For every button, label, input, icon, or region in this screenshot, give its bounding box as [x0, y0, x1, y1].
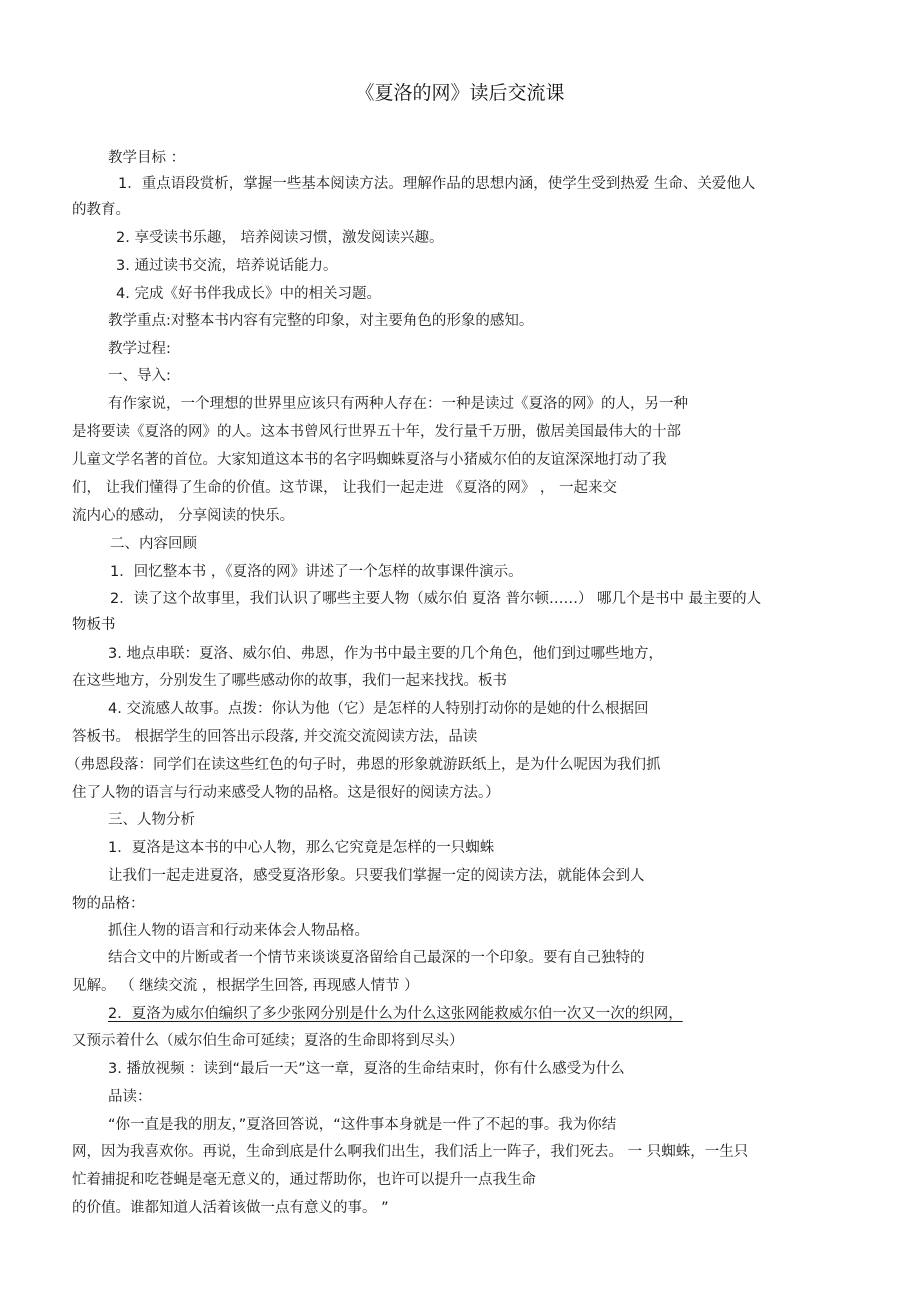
paragraph-line: 3. 通过读书交流，培养说话能力。	[116, 256, 337, 276]
paragraph-line: 品读：	[108, 1087, 152, 1107]
quote-line: 网，因为我喜欢你。再说，生命到底是什么啊我们出生，我们活上一阵子，我们死去。 一…	[72, 1142, 748, 1162]
paragraph-line: 4. 完成《好书伴我成长》中的相关习题。	[116, 284, 381, 304]
paragraph-line: 们， 让我们懂得了生命的价值。这节课， 让我们一起走进 《夏洛的网》 ， 一起来…	[72, 478, 617, 498]
paragraph-line: 见解。 （ 继续交流 ，根据学生回答, 再现感人情节 ）	[72, 976, 419, 996]
key-points-line: 教学重点:对整本书内容有完整的印象，对主要角色的形象的感知。	[108, 311, 533, 331]
quote-line: 忙着捕捉和吃苍蝇是毫无意义的，通过帮助你，也许可以提升一点我生命	[72, 1170, 536, 1190]
document-title: 《夏洛的网》读后交流课	[0, 78, 920, 105]
paragraph-line: 2. 享受读书乐趣， 培养阅读习惯，激发阅读兴趣。	[116, 228, 444, 248]
paragraph-line: 2．读了这个故事里，我们认识了哪些主要人物（威尔伯 夏洛 普尔顿……） 哪几个是…	[110, 589, 761, 609]
paragraph-line: 答板书。 根据学生的回答出示段落, 并交流交流阅读方法，品读	[72, 727, 477, 747]
paragraph-line: 在这些地方，分别发生了哪些感动你的故事，我们一起来找找。板书	[72, 671, 507, 691]
paragraph-line: 物的品格：	[72, 894, 145, 914]
paragraph-line: 又预示着什么（威尔伯生命可延续；夏洛的生命即将到尽头）	[72, 1031, 464, 1051]
section-heading: 三、人物分析	[108, 810, 195, 830]
paragraph-line: 的教育。	[72, 200, 130, 220]
paragraph-line: 让我们一起走进夏洛，感受夏洛形象。只要我们掌握一定的阅读方法，就能体会到人	[108, 866, 645, 886]
process-heading: 教学过程:	[108, 339, 171, 359]
section-heading: 二、内容回顾	[110, 534, 197, 554]
paragraph-line: （弗恩段落：同学们在读这些红色的句子时，弗恩的形象就游跃纸上，是为什么呢因为我们…	[66, 755, 661, 775]
paragraph-line: 是将要读《夏洛的网》的人。这本书曾风行世界五十年，发行量千万册，傲居美国最伟大的…	[72, 422, 681, 442]
paragraph-line: 有作家说，一个理想的世界里应该只有两种人存在：一种是读过《夏洛的网》的人，另一种	[108, 394, 688, 414]
paragraph-line: 3. 地点串联：夏洛、威尔伯、弗恩，作为书中最主要的几个角色，他们到过哪些地方，	[108, 644, 663, 664]
paragraph-line: 4. 交流感人故事。点拨：你认为他（它）是怎样的人特别打动你的是她的什么根据回	[108, 699, 648, 719]
paragraph-line: 结合文中的片断或者一个情节来谈谈夏洛留给自己最深的一个印象。要有自己独特的	[108, 948, 645, 968]
paragraph-line: 1．夏洛是这本书的中心人物，那么它究竟是怎样的一只蜘蛛	[108, 838, 494, 858]
paragraph-line: 儿童文学名著的首位。大家知道这本书的名字吗蜘蛛夏洛与小猪威尔伯的友谊深深地打动了…	[72, 450, 667, 470]
objectives-heading: 教学目标 ：	[108, 148, 185, 168]
paragraph-line: 抓住人物的语言和行动来体会人物品格。	[108, 921, 369, 941]
section-heading: 一、导入:	[108, 366, 171, 386]
paragraph-line: 3. 播放视频 ：读到“最后一天”这一章，夏洛的生命结束时，你有什么感受为什么	[108, 1059, 625, 1079]
paragraph-line: 1．回忆整本书 ，《夏洛的网》讲述了一个怎样的故事课件演示。	[110, 562, 523, 582]
paragraph-line: 1．重点语段赏析，掌握一些基本阅读方法。理解作品的思想内涵，使学生受到热爱 生命…	[118, 174, 755, 194]
underlined-line: 2．夏洛为威尔伯编织了多少张网分别是什么为什么这张网能救威尔伯一次又一次的织网，	[108, 1004, 683, 1024]
quote-line: “你一直是我的朋友，”夏洛回答说，“这件事本身就是一件了不起的事。我为你结	[108, 1115, 616, 1135]
paragraph-line: 物板书	[72, 615, 116, 635]
paragraph-line: 流内心的感动， 分享阅读的快乐。	[72, 506, 294, 526]
quote-line: 的价值。谁都知道人活着该做一点有意义的事。 ”	[72, 1198, 389, 1218]
paragraph-line: 住了人物的语言与行动来感受人物的品格。这是很好的阅读方法。）	[72, 783, 500, 803]
